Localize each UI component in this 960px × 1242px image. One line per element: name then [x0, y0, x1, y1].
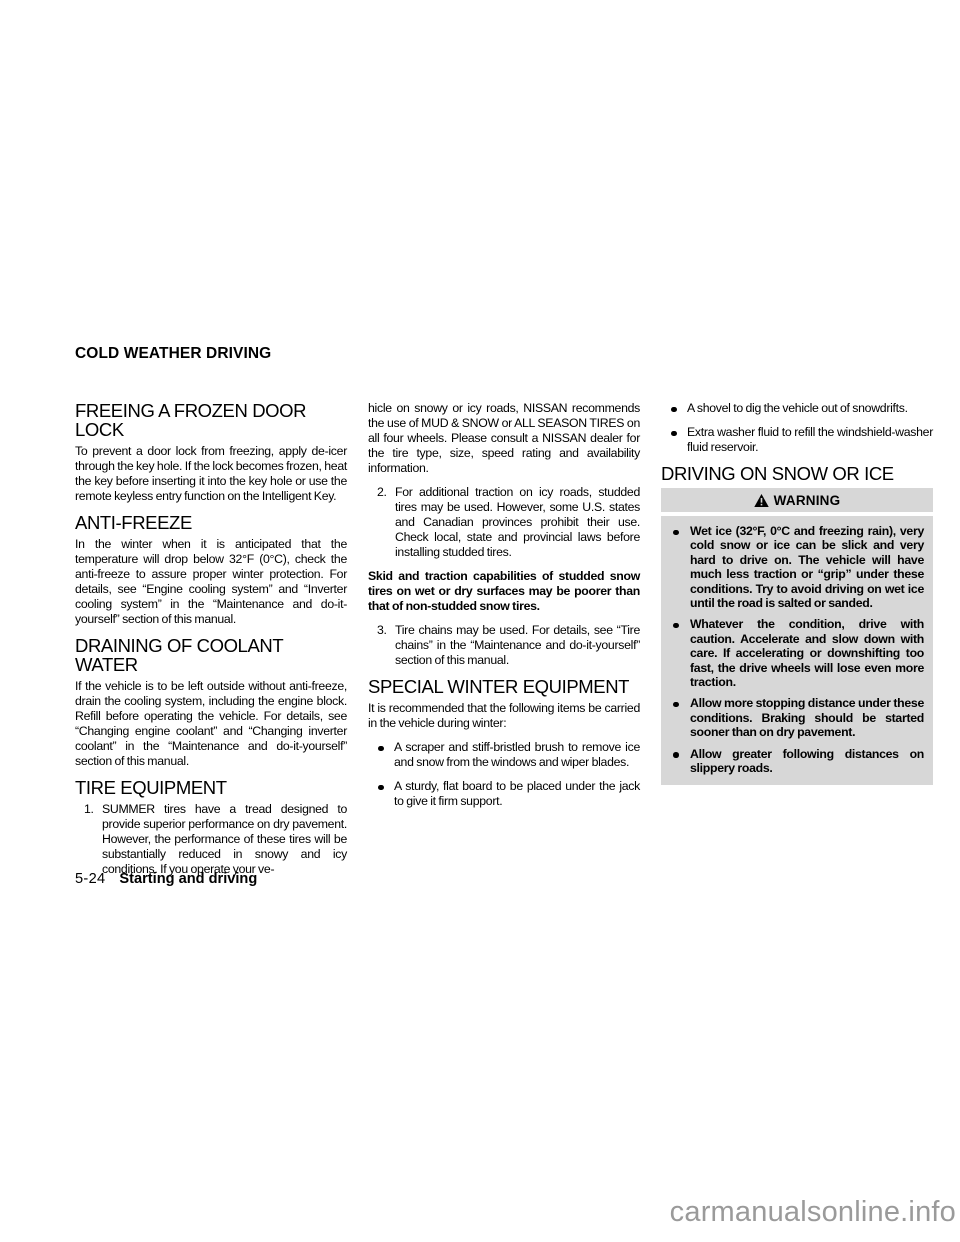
list-item-text: For additional traction on icy roads, st…: [395, 485, 640, 560]
watermark: carmanualsonline.info: [670, 1196, 956, 1229]
bullet-washer-fluid: Extra washer fluid to refill the windshi…: [661, 425, 933, 455]
warning-bullet-drive-with-caution: Whatever the condition, drive with cauti…: [672, 617, 924, 689]
warning-bullet-wet-ice: Wet ice (32°F, 0°C and freezing rain), v…: [672, 524, 924, 610]
heading-tire-equipment: TIRE EQUIPMENT: [75, 778, 347, 797]
numbered-item-summer-tires: 1. SUMMER tires have a tread designed to…: [75, 802, 347, 877]
list-item-text: Tire chains may be used. For details, se…: [395, 623, 640, 668]
para-door-lock: To prevent a door lock from freezing, ap…: [75, 444, 347, 504]
content-columns: FREEING A FROZEN DOOR LOCK To prevent a …: [75, 401, 933, 886]
bullet-text: Extra washer fluid to refill the windshi…: [687, 425, 933, 455]
para-winter-equipment-intro: It is recommended that the following ite…: [368, 701, 640, 731]
bullet-text: A scraper and stiff-bristled brush to re…: [394, 740, 640, 770]
warning-bullet-stopping-distance: Allow more stopping distance under these…: [672, 696, 924, 739]
bullet-icon: [672, 747, 690, 776]
bullet-icon: [672, 524, 690, 610]
bullet-icon: [672, 617, 690, 689]
bullet-icon: [672, 696, 690, 739]
para-anti-freeze: In the winter when it is anticipated tha…: [75, 537, 347, 627]
heading-anti-freeze: ANTI-FREEZE: [75, 513, 347, 532]
para-tire-continuation: hicle on snowy or icy roads, NISSAN reco…: [368, 401, 640, 476]
warning-bullet-text: Wet ice (32°F, 0°C and freezing rain), v…: [690, 524, 924, 610]
bullet-flat-board: A sturdy, flat board to be placed under …: [368, 779, 640, 809]
page-number: 5-24: [75, 871, 105, 887]
bullet-icon: [661, 425, 687, 455]
bullet-icon: [368, 779, 394, 809]
footer-chapter-title: Starting and driving: [119, 871, 257, 887]
para-draining-coolant: If the vehicle is to be left outside wit…: [75, 679, 347, 769]
warning-bullet-text: Whatever the condition, drive with cauti…: [690, 617, 924, 689]
numbered-item-studded-tires: 2. For additional traction on icy roads,…: [368, 485, 640, 560]
bullet-shovel: A shovel to dig the vehicle out of snowd…: [661, 401, 933, 416]
heading-draining-coolant-water: DRAINING OF COOLANT WATER: [75, 636, 347, 674]
warning-bullet-text: Allow more stopping distance under these…: [690, 696, 924, 739]
list-number: 2.: [368, 485, 395, 560]
para-skid-traction-note: Skid and traction capabilities of studde…: [368, 569, 640, 614]
list-number: 1.: [75, 802, 102, 877]
warning-header: WARNING: [661, 488, 933, 512]
warning-bullet-text: Allow greater following distances on sli…: [690, 747, 924, 776]
warning-box: WARNING Wet ice (32°F, 0°C and freezing …: [661, 488, 933, 785]
list-item-text: SUMMER tires have a tread designed to pr…: [102, 802, 347, 877]
bullet-text: A shovel to dig the vehicle out of snowd…: [687, 401, 933, 416]
heading-freeing-frozen-door-lock: FREEING A FROZEN DOOR LOCK: [75, 401, 347, 439]
bullet-icon: [661, 401, 687, 416]
bullet-text: A sturdy, flat board to be placed under …: [394, 779, 640, 809]
column-3: A shovel to dig the vehicle out of snowd…: [661, 401, 933, 886]
heading-driving-on-snow-or-ice: DRIVING ON SNOW OR ICE: [661, 464, 933, 483]
section-heading: COLD WEATHER DRIVING: [75, 345, 271, 363]
warning-triangle-icon: [754, 494, 769, 507]
warning-body: Wet ice (32°F, 0°C and freezing rain), v…: [661, 516, 933, 785]
bullet-icon: [368, 740, 394, 770]
column-1: FREEING A FROZEN DOOR LOCK To prevent a …: [75, 401, 347, 886]
warning-title: WARNING: [774, 493, 841, 508]
heading-special-winter-equipment: SPECIAL WINTER EQUIPMENT: [368, 677, 640, 696]
page-footer: 5-24Starting and driving: [75, 871, 257, 887]
warning-bullet-following-distance: Allow greater following distances on sli…: [672, 747, 924, 776]
list-number: 3.: [368, 623, 395, 668]
bullet-scraper-brush: A scraper and stiff-bristled brush to re…: [368, 740, 640, 770]
numbered-item-tire-chains: 3. Tire chains may be used. For details,…: [368, 623, 640, 668]
column-2: hicle on snowy or icy roads, NISSAN reco…: [368, 401, 640, 886]
